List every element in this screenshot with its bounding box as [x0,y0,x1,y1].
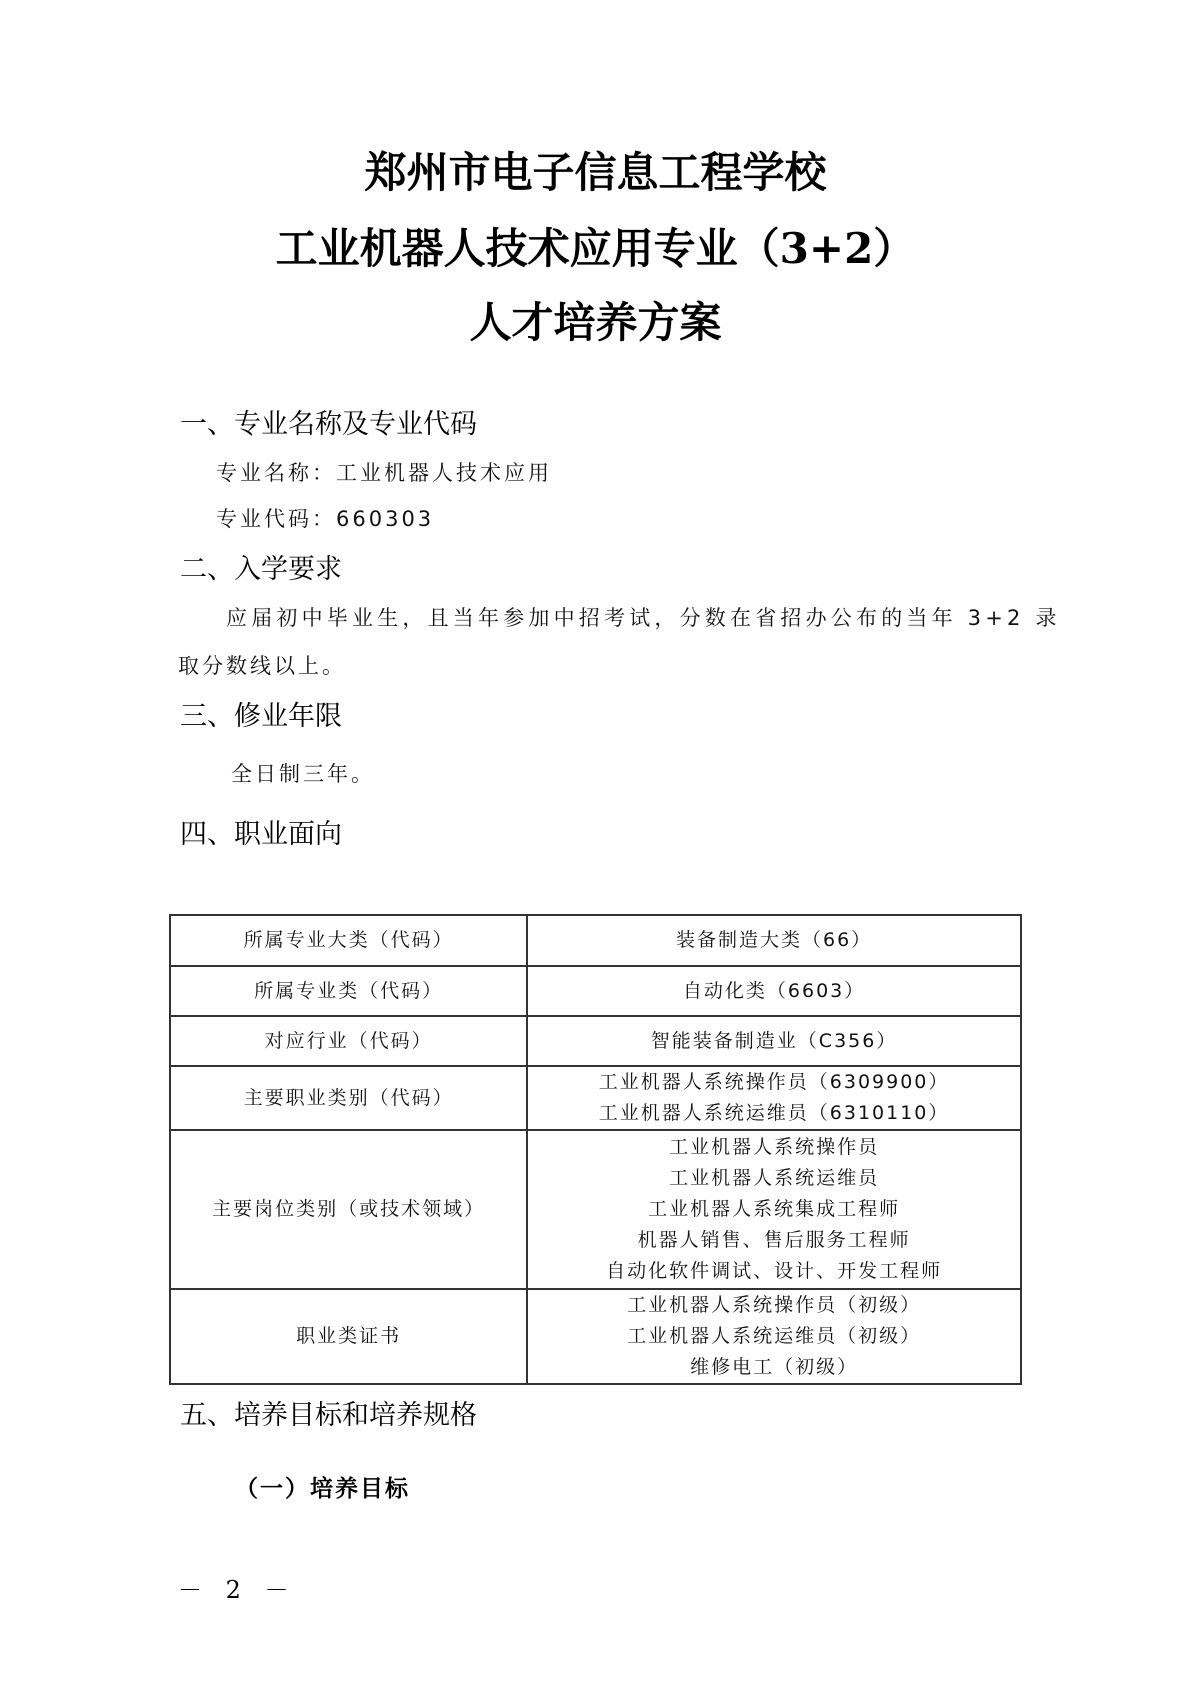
row-value: 装备制造大类（66） [527,915,1021,966]
row-label: 职业类证书 [170,1289,527,1384]
value-line: 工业机器人系统运维员（初级） [528,1321,1020,1352]
row-label: 主要岗位类别（或技术领域） [170,1130,527,1289]
document-page: 郑州市电子信息工程学校 工业机器人技术应用专业（3+2） 人才培养方案 一、专业… [0,0,1191,1684]
value-line: 智能装备制造业（C356） [528,1026,1020,1057]
admission-para-line2: 取分数线以上。 [178,652,346,680]
row-value: 自动化类（6603） [527,966,1021,1016]
table-row: 主要岗位类别（或技术领域） 工业机器人系统操作员 工业机器人系统运维员 工业机器… [170,1130,1021,1289]
value-line: 工业机器人系统操作员 [528,1132,1020,1163]
section-1-heading: 一、专业名称及专业代码 [180,408,477,442]
career-orientation-table: 所属专业大类（代码） 装备制造大类（66） 所属专业类（代码） 自动化类（660… [169,914,1022,1385]
table-row: 所属专业类（代码） 自动化类（6603） [170,966,1021,1016]
title-school: 郑州市电子信息工程学校 [0,148,1191,198]
section-4-heading: 四、职业面向 [180,818,342,852]
major-code-line: 专业代码：660303 [216,505,434,533]
value-line: 工业机器人系统运维员（6310110） [528,1098,1020,1129]
section-2-heading: 二、入学要求 [180,553,342,587]
row-value: 智能装备制造业（C356） [527,1016,1021,1066]
duration-text: 全日制三年。 [231,760,375,788]
major-name-line: 专业名称：工业机器人技术应用 [216,459,552,487]
row-value: 工业机器人系统操作员（初级） 工业机器人系统运维员（初级） 维修电工（初级） [527,1289,1021,1384]
table-row: 职业类证书 工业机器人系统操作员（初级） 工业机器人系统运维员（初级） 维修电工… [170,1289,1021,1384]
table-row: 主要职业类别（代码） 工业机器人系统操作员（6309900） 工业机器人系统运维… [170,1066,1021,1130]
table-row: 对应行业（代码） 智能装备制造业（C356） [170,1016,1021,1066]
value-line: 机器人销售、售后服务工程师 [528,1225,1020,1256]
value-line: 工业机器人系统集成工程师 [528,1194,1020,1225]
value-line: 自动化类（6603） [528,976,1020,1007]
title-major: 工业机器人技术应用专业（3+2） [0,224,1191,274]
page-number: － 2 － [178,1570,297,1605]
section-3-heading: 三、修业年限 [180,700,342,734]
row-value: 工业机器人系统操作员（6309900） 工业机器人系统运维员（6310110） [527,1066,1021,1130]
value-line: 自动化软件调试、设计、开发工程师 [528,1256,1020,1287]
table-row: 所属专业大类（代码） 装备制造大类（66） [170,915,1021,966]
title-plan: 人才培养方案 [0,298,1191,348]
section-5-heading: 五、培养目标和培养规格 [180,1399,477,1433]
row-label: 所属专业大类（代码） [170,915,527,966]
row-value: 工业机器人系统操作员 工业机器人系统运维员 工业机器人系统集成工程师 机器人销售… [527,1130,1021,1289]
row-label: 对应行业（代码） [170,1016,527,1066]
value-line: 工业机器人系统操作员（初级） [528,1290,1020,1321]
row-label: 主要职业类别（代码） [170,1066,527,1130]
value-line: 工业机器人系统运维员 [528,1163,1020,1194]
subsection-training-goal: （一）培养目标 [235,1470,410,1503]
value-line: 装备制造大类（66） [528,925,1020,956]
row-label: 所属专业类（代码） [170,966,527,1016]
value-line: 维修电工（初级） [528,1352,1020,1383]
value-line: 工业机器人系统操作员（6309900） [528,1067,1020,1098]
admission-para-line1: 应届初中毕业生，且当年参加中招考试，分数在省招办公布的当年 3+2 录 [226,604,1061,632]
